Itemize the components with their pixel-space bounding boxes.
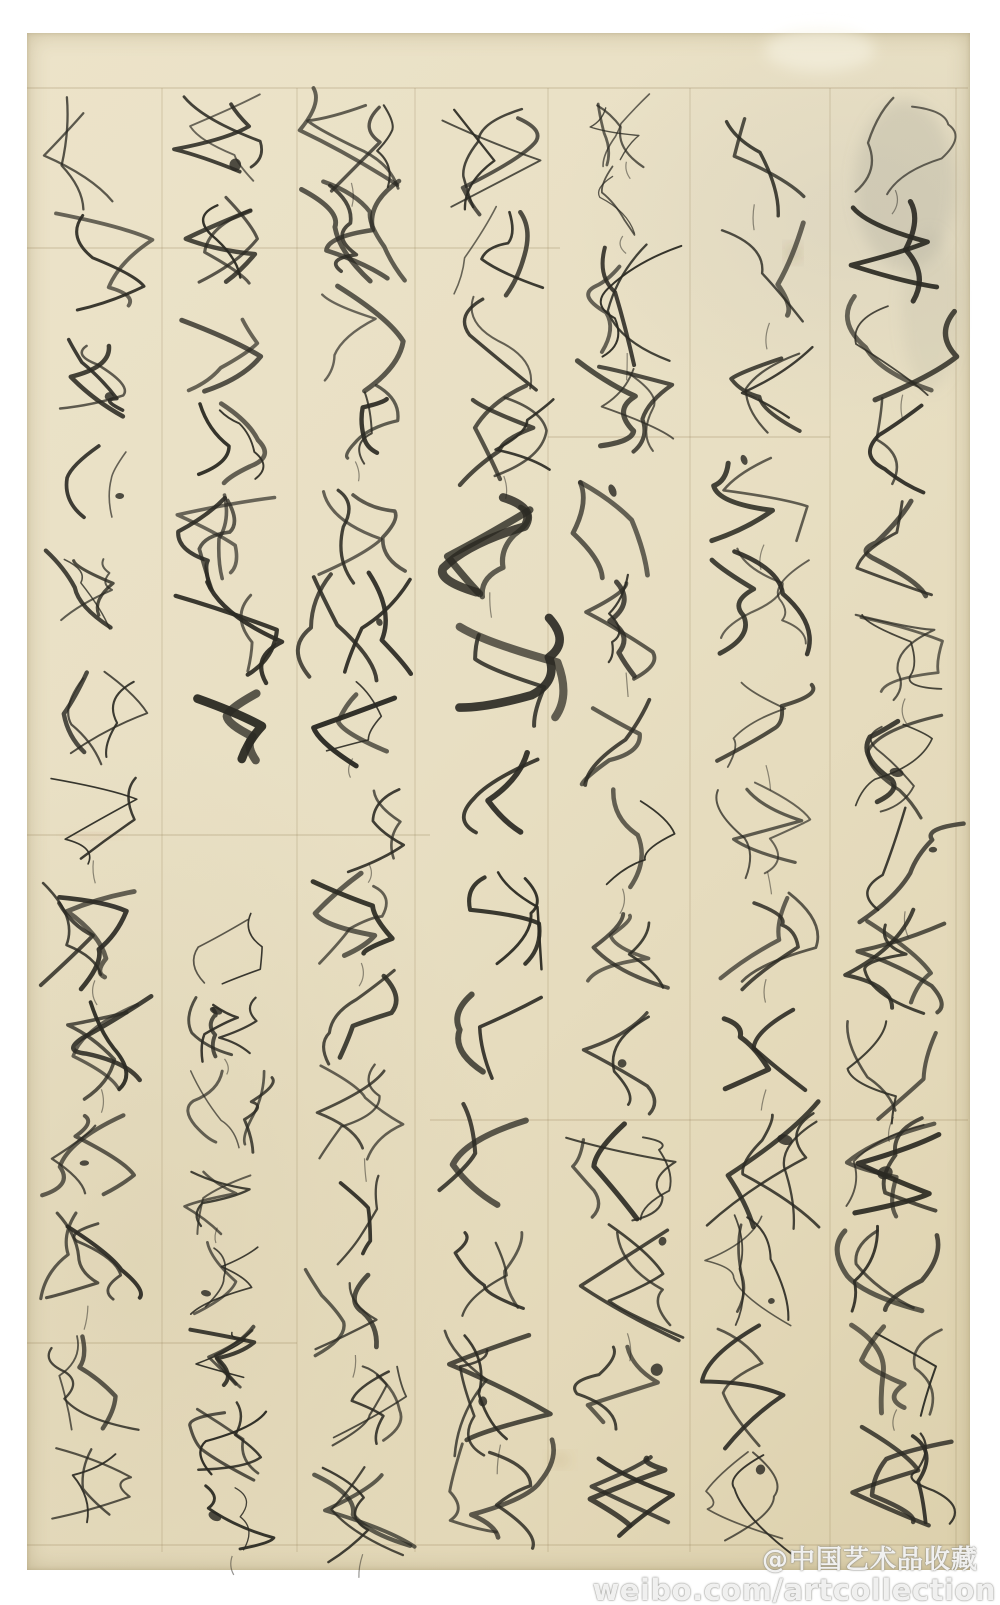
watermark-url: weibo.com/artcollection	[593, 1575, 996, 1605]
watermark-site-name: @中国艺术品收藏	[593, 1547, 978, 1574]
watermark: @中国艺术品收藏 weibo.com/artcollection	[593, 1547, 996, 1605]
screenshot-root: @中国艺术品收藏 weibo.com/artcollection	[0, 0, 1000, 1605]
calligraphy-paper	[27, 33, 970, 1570]
